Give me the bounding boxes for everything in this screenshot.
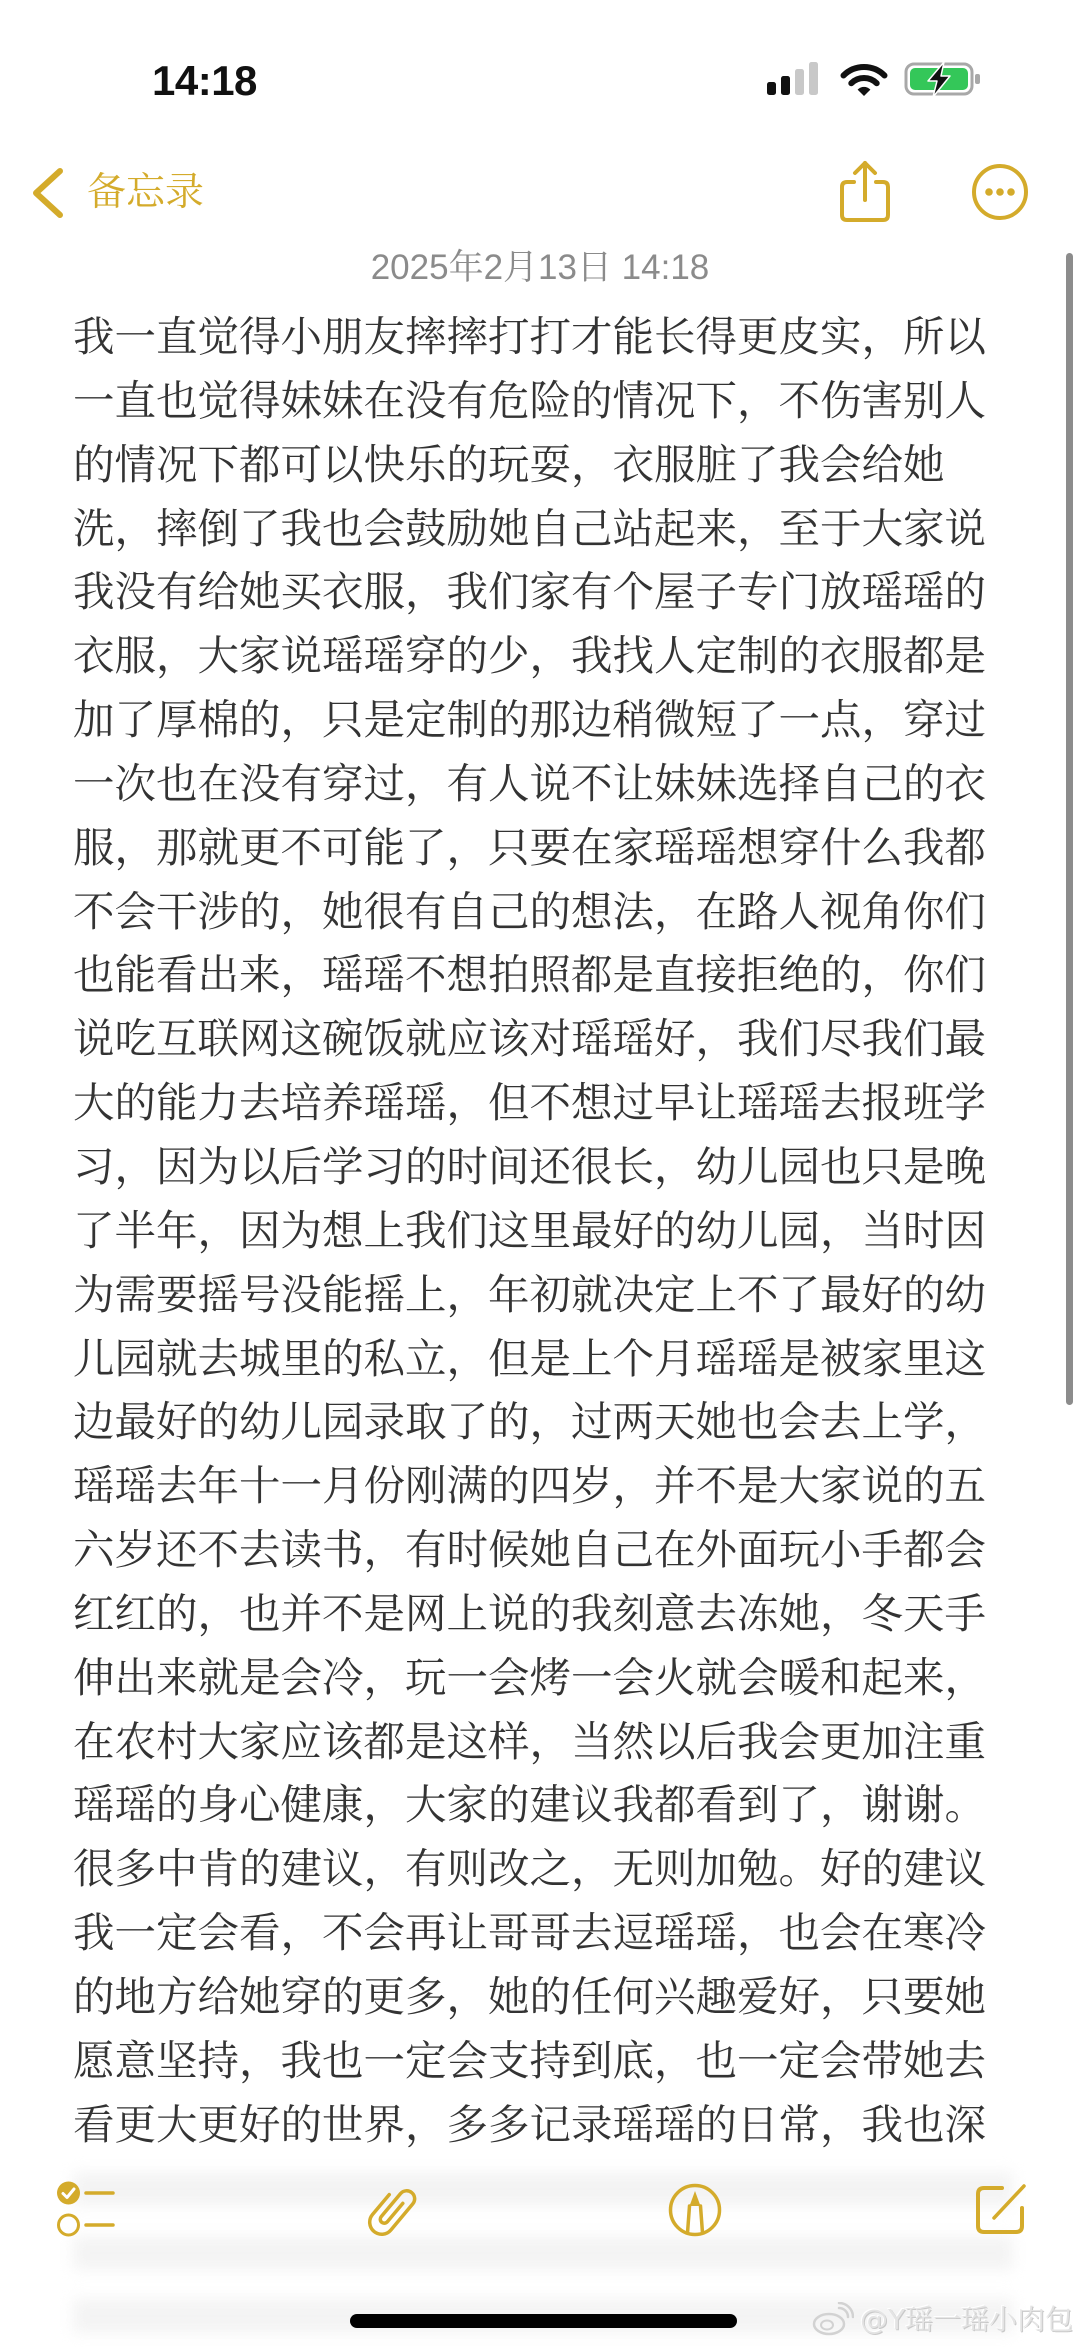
note-line: 在农村大家应该都是这样，当然以后我会更加注重 [73,1710,1033,1774]
note-line: 瑶瑶的身心健康，大家的建议我都看到了，谢谢。 [73,1773,1033,1837]
back-label[interactable]: 备忘录 [87,169,204,217]
note-line: 儿园就去城里的私立，但是上个月瑶瑶是被家里这 [73,1327,1033,1391]
note-line: 洗，摔倒了我也会鼓励她自己站起来，至于大家说 [73,497,1033,561]
note-line: 伸出来就是会冷，玩一会烤一会火就会暖和起来， [73,1646,1033,1710]
note-line: 我一定会看，不会再让哥哥去逗瑶瑶，也会在寒冷 [73,1901,1033,1965]
signal-icon [765,60,823,98]
watermark: @Y瑶一瑶小肉包 [812,2300,1073,2340]
blurred-text-line [73,2172,1013,2206]
note-line: 为需要摇号没能摇上，年初就决定上不了最好的幼 [73,1263,1033,1327]
markup-icon[interactable] [667,2182,723,2238]
note-line: 我一直觉得小朋友摔摔打打才能长得更皮实，所以 [73,305,1033,369]
note-line: 六岁还不去读书，有时候她自己在外面玩小手都会 [73,1518,1033,1582]
note-line: 红红的，也并不是网上说的我刻意去冻她，冬天手 [73,1582,1033,1646]
watermark-text: @Y瑶一瑶小肉包 [860,2300,1073,2340]
note-line: 的地方给她穿的更多，她的任何兴趣爱好，只要她 [73,1965,1033,2029]
share-icon[interactable] [836,158,894,224]
notes-screen: 14:18 备忘录 2025年2月13日 14:18 我一直觉得 [0,0,1080,2347]
note-line: 一次也在没有穿过，有人说不让妹妹选择自己的衣 [73,752,1033,816]
note-line: 说吃互联网这碗饭就应该对瑶瑶好，我们尽我们最 [73,1007,1033,1071]
note-line: 看更大更好的世界，多多记录瑶瑶的日常，我也深 [73,2093,1033,2157]
compose-icon[interactable] [972,2178,1032,2238]
note-line: 我没有给她买衣服，我们家有个屋子专门放瑶瑶的 [73,560,1033,624]
more-icon[interactable] [970,162,1030,222]
note-line: 愿意坚持，我也一定会支持到底，也一定会带她去 [73,2029,1033,2093]
note-line: 瑶瑶去年十一月份刚满的四岁，并不是大家说的五 [73,1454,1033,1518]
note-line: 很多中肯的建议，有则改之，无则加勉。好的建议 [73,1837,1033,1901]
status-time: 14:18 [152,60,257,102]
note-line: 边最好的幼儿园录取了的，过两天她也会去上学， [73,1390,1033,1454]
checklist-icon[interactable] [52,2176,118,2242]
note-line: 服，那就更不可能了，只要在家瑶瑶想穿什么我都 [73,816,1033,880]
note-body[interactable]: 我一直觉得小朋友摔摔打打才能长得更皮实，所以 一直也觉得妹妹在没有危险的情况下，… [73,305,1033,2156]
note-line: 不会干涉的，她很有自己的想法，在路人视角你们 [73,880,1033,944]
note-line: 的情况下都可以快乐的玩耍，衣服脏了我会给她 [73,433,1033,497]
note-line: 大的能力去培养瑶瑶，但不想过早让瑶瑶去报班学 [73,1071,1033,1135]
note-line: 一直也觉得妹妹在没有危险的情况下，不伤害别人 [73,369,1033,433]
battery-charging-icon [903,60,985,98]
home-indicator[interactable] [350,2314,737,2328]
note-line: 习，因为以后学习的时间还很长，幼儿园也只是晚 [73,1135,1033,1199]
attachment-icon[interactable] [362,2178,422,2242]
weibo-logo-icon [812,2302,854,2338]
note-line: 了半年，因为想上我们这里最好的幼儿园，当时因 [73,1199,1033,1263]
chevron-left-icon [28,165,68,221]
note-line: 衣服，大家说瑶瑶穿的少，我找人定制的衣服都是 [73,624,1033,688]
note-line: 也能看出来，瑶瑶不想拍照都是直接拒绝的，你们 [73,943,1033,1007]
note-line: 加了厚棉的，只是定制的那边稍微短了一点，穿过 [73,688,1033,752]
note-date: 2025年2月13日 14:18 [0,248,1080,288]
blurred-text-line [73,2236,1013,2270]
wifi-icon [838,60,890,98]
scrollbar[interactable] [1066,253,1073,1405]
